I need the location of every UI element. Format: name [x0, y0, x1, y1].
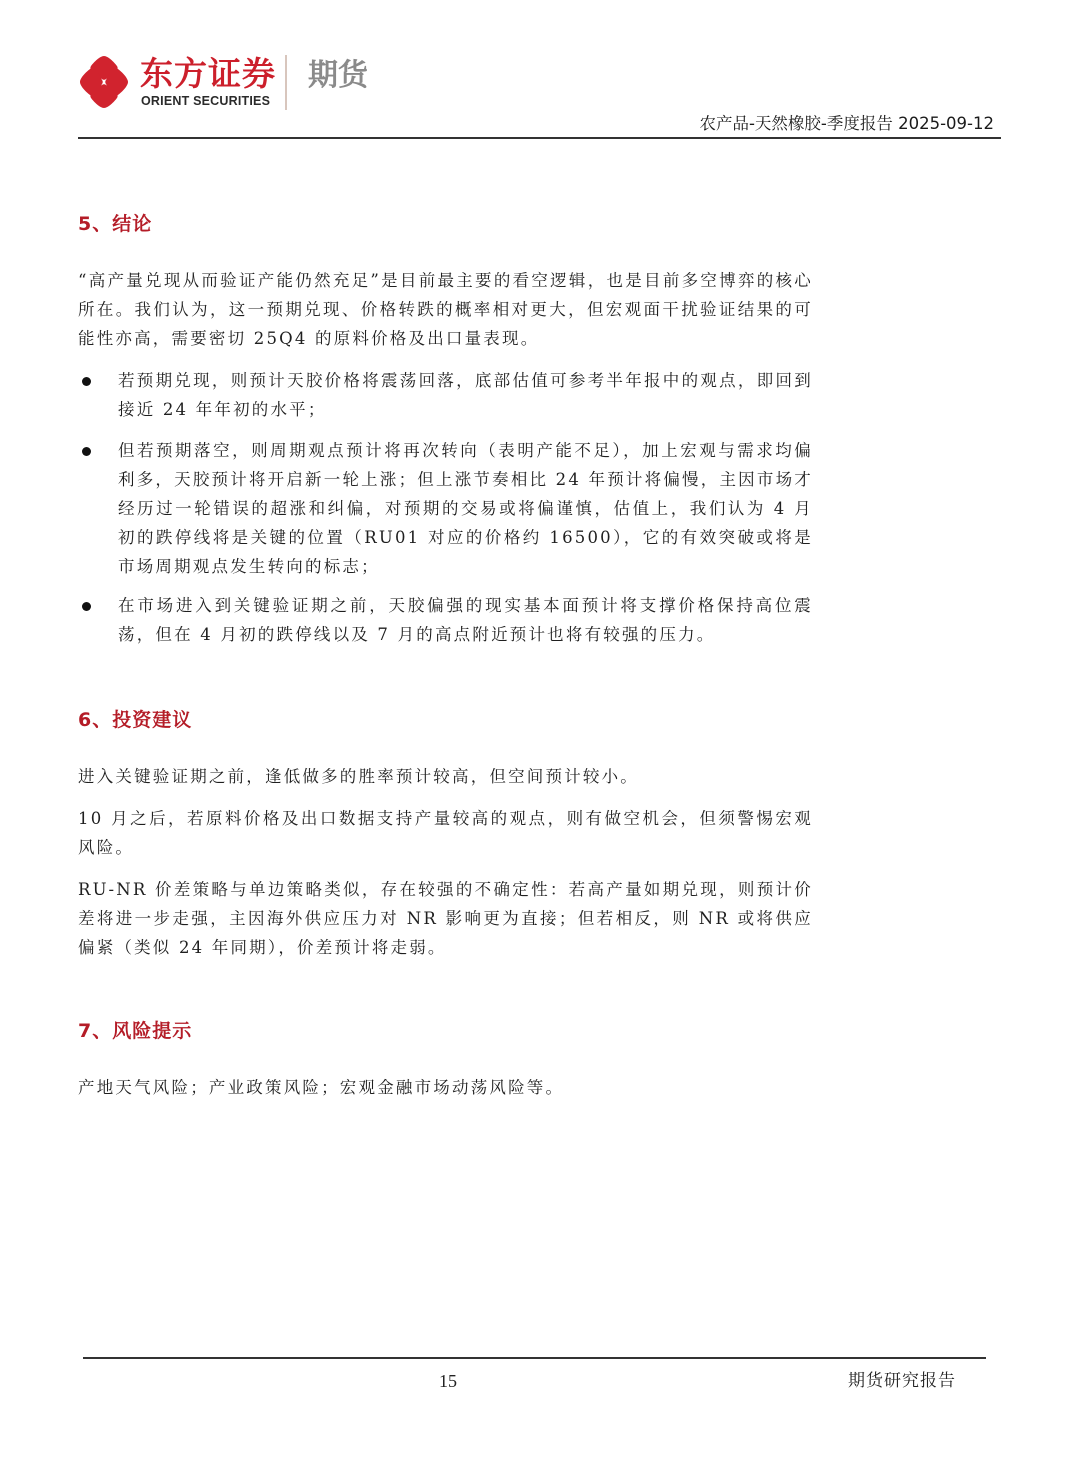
- paragraph: 10 月之后，若原料价格及出口数据支持产量较高的观点，则有做空机会，但须警惕宏观…: [78, 804, 813, 862]
- bullet-icon: [82, 602, 91, 611]
- bullet-text: 在市场进入到关键验证期之前，天胶偏强的现实基本面预计将支撑价格保持高位震荡，但在…: [118, 591, 813, 649]
- brand-division: 期货: [308, 59, 368, 93]
- section-title: 7、风险提示: [78, 1018, 192, 1044]
- orient-securities-logo-icon: [78, 54, 130, 110]
- brand-name-cn: 东方证券: [140, 56, 276, 92]
- paragraph: 产地天气风险；产业政策风险；宏观金融市场动荡风险等。: [78, 1073, 813, 1102]
- section-title: 5、结论: [78, 211, 152, 237]
- bullet-item: 在市场进入到关键验证期之前，天胶偏强的现实基本面预计将支撑价格保持高位震荡，但在…: [78, 591, 813, 649]
- footer-divider: [83, 1357, 986, 1359]
- brand-divider: [285, 55, 287, 110]
- page-header: 东方证券 ORIENT SECURITIES 期货 农产品-天然橡胶-季度报告 …: [0, 0, 1080, 140]
- paragraph: 进入关键验证期之前，逢低做多的胜率预计较高，但空间预计较小。: [78, 762, 813, 791]
- bullet-icon: [82, 377, 91, 386]
- report-meta: 农产品-天然橡胶-季度报告 2025-09-12: [699, 113, 994, 135]
- header-divider: [78, 137, 1001, 139]
- paragraph: RU-NR 价差策略与单边策略类似，存在较强的不确定性：若高产量如期兑现，则预计…: [78, 875, 813, 962]
- bullet-text: 若预期兑现，则预计天胶价格将震荡回落，底部估值可参考半年报中的观点，即回到接近 …: [118, 366, 813, 424]
- page-number: 15: [420, 1370, 476, 1392]
- bullet-item: 但若预期落空，则周期观点预计将再次转向（表明产能不足），加上宏观与需求均偏利多，…: [78, 436, 813, 581]
- section-title: 6、投资建议: [78, 707, 192, 733]
- brand-name-en: ORIENT SECURITIES: [141, 94, 270, 108]
- bullet-icon: [82, 447, 91, 456]
- paragraph: “高产量兑现从而验证产能仍然充足”是目前最主要的看空逻辑，也是目前多空博弈的核心…: [78, 266, 813, 353]
- bullet-text: 但若预期落空，则周期观点预计将再次转向（表明产能不足），加上宏观与需求均偏利多，…: [118, 436, 813, 581]
- footer-label: 期货研究报告: [848, 1370, 956, 1392]
- bullet-item: 若预期兑现，则预计天胶价格将震荡回落，底部估值可参考半年报中的观点，即回到接近 …: [78, 366, 813, 424]
